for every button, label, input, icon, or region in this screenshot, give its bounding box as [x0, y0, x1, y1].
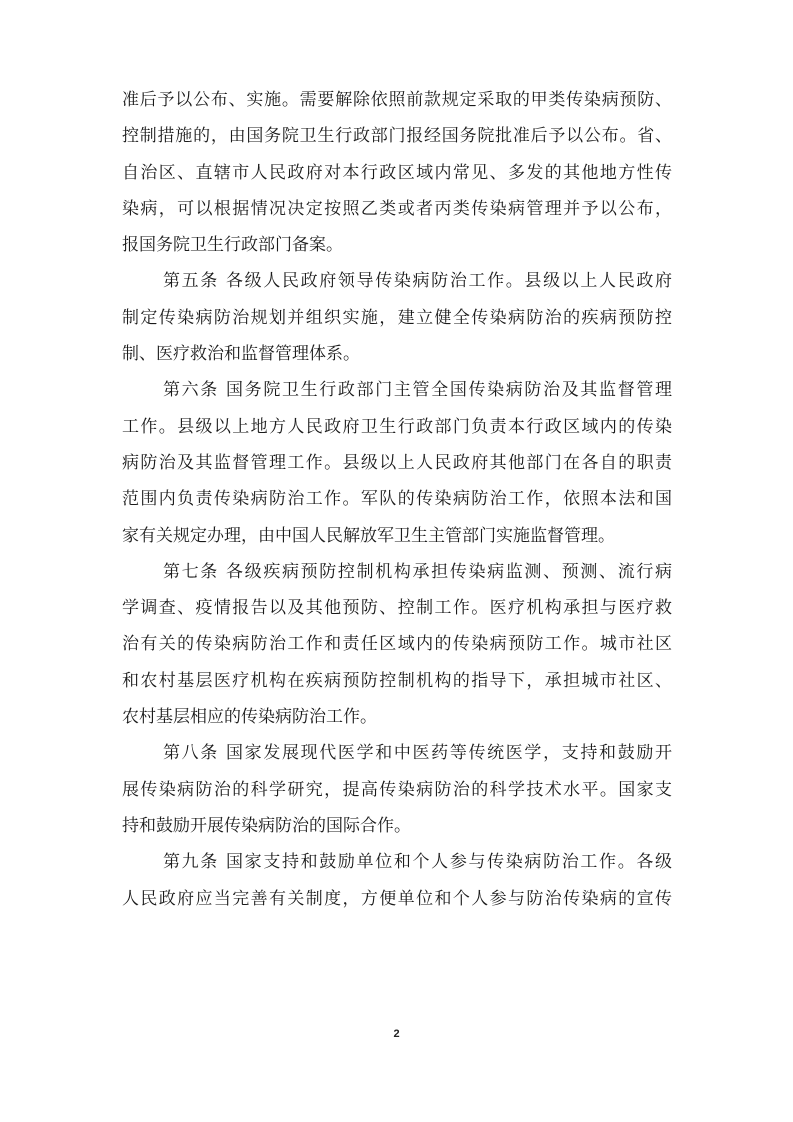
text-line: 第六条 国务院卫生行政部门主管全国传染病防治及其监督管理: [122, 372, 672, 408]
text-line: 家有关规定办理，由中国人民解放军卫生主管部门实施监督管理。: [122, 518, 672, 554]
text-line: 第九条 国家支持和鼓励单位和个人参与传染病防治工作。各级: [122, 844, 672, 880]
text-line: 范围内负责传染病防治工作。军队的传染病防治工作，依照本法和国: [122, 481, 672, 517]
text-line: 控制措施的，由国务院卫生行政部门报经国务院批准后予以公布。省、: [122, 118, 672, 154]
paragraph-article-6: 第六条 国务院卫生行政部门主管全国传染病防治及其监督管理 工作。县级以上地方人民…: [122, 372, 672, 553]
text-line: 准后予以公布、实施。需要解除依照前款规定采取的甲类传染病预防、: [122, 82, 672, 118]
text-line: 第七条 各级疾病预防控制机构承担传染病监测、预测、流行病: [122, 554, 672, 590]
text-line: 工作。县级以上地方人民政府卫生行政部门负责本行政区域内的传染: [122, 409, 672, 445]
paragraph-article-7: 第七条 各级疾病预防控制机构承担传染病监测、预测、流行病 学调查、疫情报告以及其…: [122, 554, 672, 735]
paragraph-article-9: 第九条 国家支持和鼓励单位和个人参与传染病防治工作。各级 人民政府应当完善有关制…: [122, 844, 672, 917]
document-page: 准后予以公布、实施。需要解除依照前款规定采取的甲类传染病预防、 控制措施的，由国…: [0, 0, 793, 1122]
paragraph-article-8: 第八条 国家发展现代医学和中医药等传统医学，支持和鼓励开 展传染病防治的科学研究…: [122, 735, 672, 844]
text-line: 学调查、疫情报告以及其他预防、控制工作。医疗机构承担与医疗救: [122, 590, 672, 626]
text-line: 农村基层相应的传染病防治工作。: [122, 699, 672, 735]
text-line: 第五条 各级人民政府领导传染病防治工作。县级以上人民政府: [122, 263, 672, 299]
text-line: 人民政府应当完善有关制度，方便单位和个人参与防治传染病的宣传: [122, 881, 672, 917]
page-number: 2: [0, 1028, 793, 1040]
text-line: 持和鼓励开展传染病防治的国际合作。: [122, 808, 672, 844]
paragraph-article-5: 第五条 各级人民政府领导传染病防治工作。县级以上人民政府 制定传染病防治规划并组…: [122, 263, 672, 372]
text-line: 第八条 国家发展现代医学和中医药等传统医学，支持和鼓励开: [122, 735, 672, 771]
text-line: 治有关的传染病防治工作和责任区域内的传染病预防工作。城市社区: [122, 626, 672, 662]
text-line: 制、医疗救治和监督管理体系。: [122, 336, 672, 372]
text-line: 染病，可以根据情况决定按照乙类或者丙类传染病管理并予以公布，: [122, 191, 672, 227]
text-line: 报国务院卫生行政部门备案。: [122, 227, 672, 263]
text-line: 制定传染病防治规划并组织实施，建立健全传染病防治的疾病预防控: [122, 300, 672, 336]
text-line: 自治区、直辖市人民政府对本行政区域内常见、多发的其他地方性传: [122, 155, 672, 191]
document-body: 准后予以公布、实施。需要解除依照前款规定采取的甲类传染病预防、 控制措施的，由国…: [122, 82, 672, 917]
text-line: 病防治及其监督管理工作。县级以上人民政府其他部门在各自的职责: [122, 445, 672, 481]
text-line: 展传染病防治的科学研究，提高传染病防治的科学技术水平。国家支: [122, 772, 672, 808]
text-line: 和农村基层医疗机构在疾病预防控制机构的指导下，承担城市社区、: [122, 663, 672, 699]
paragraph-continuation-article-4: 准后予以公布、实施。需要解除依照前款规定采取的甲类传染病预防、 控制措施的，由国…: [122, 82, 672, 263]
